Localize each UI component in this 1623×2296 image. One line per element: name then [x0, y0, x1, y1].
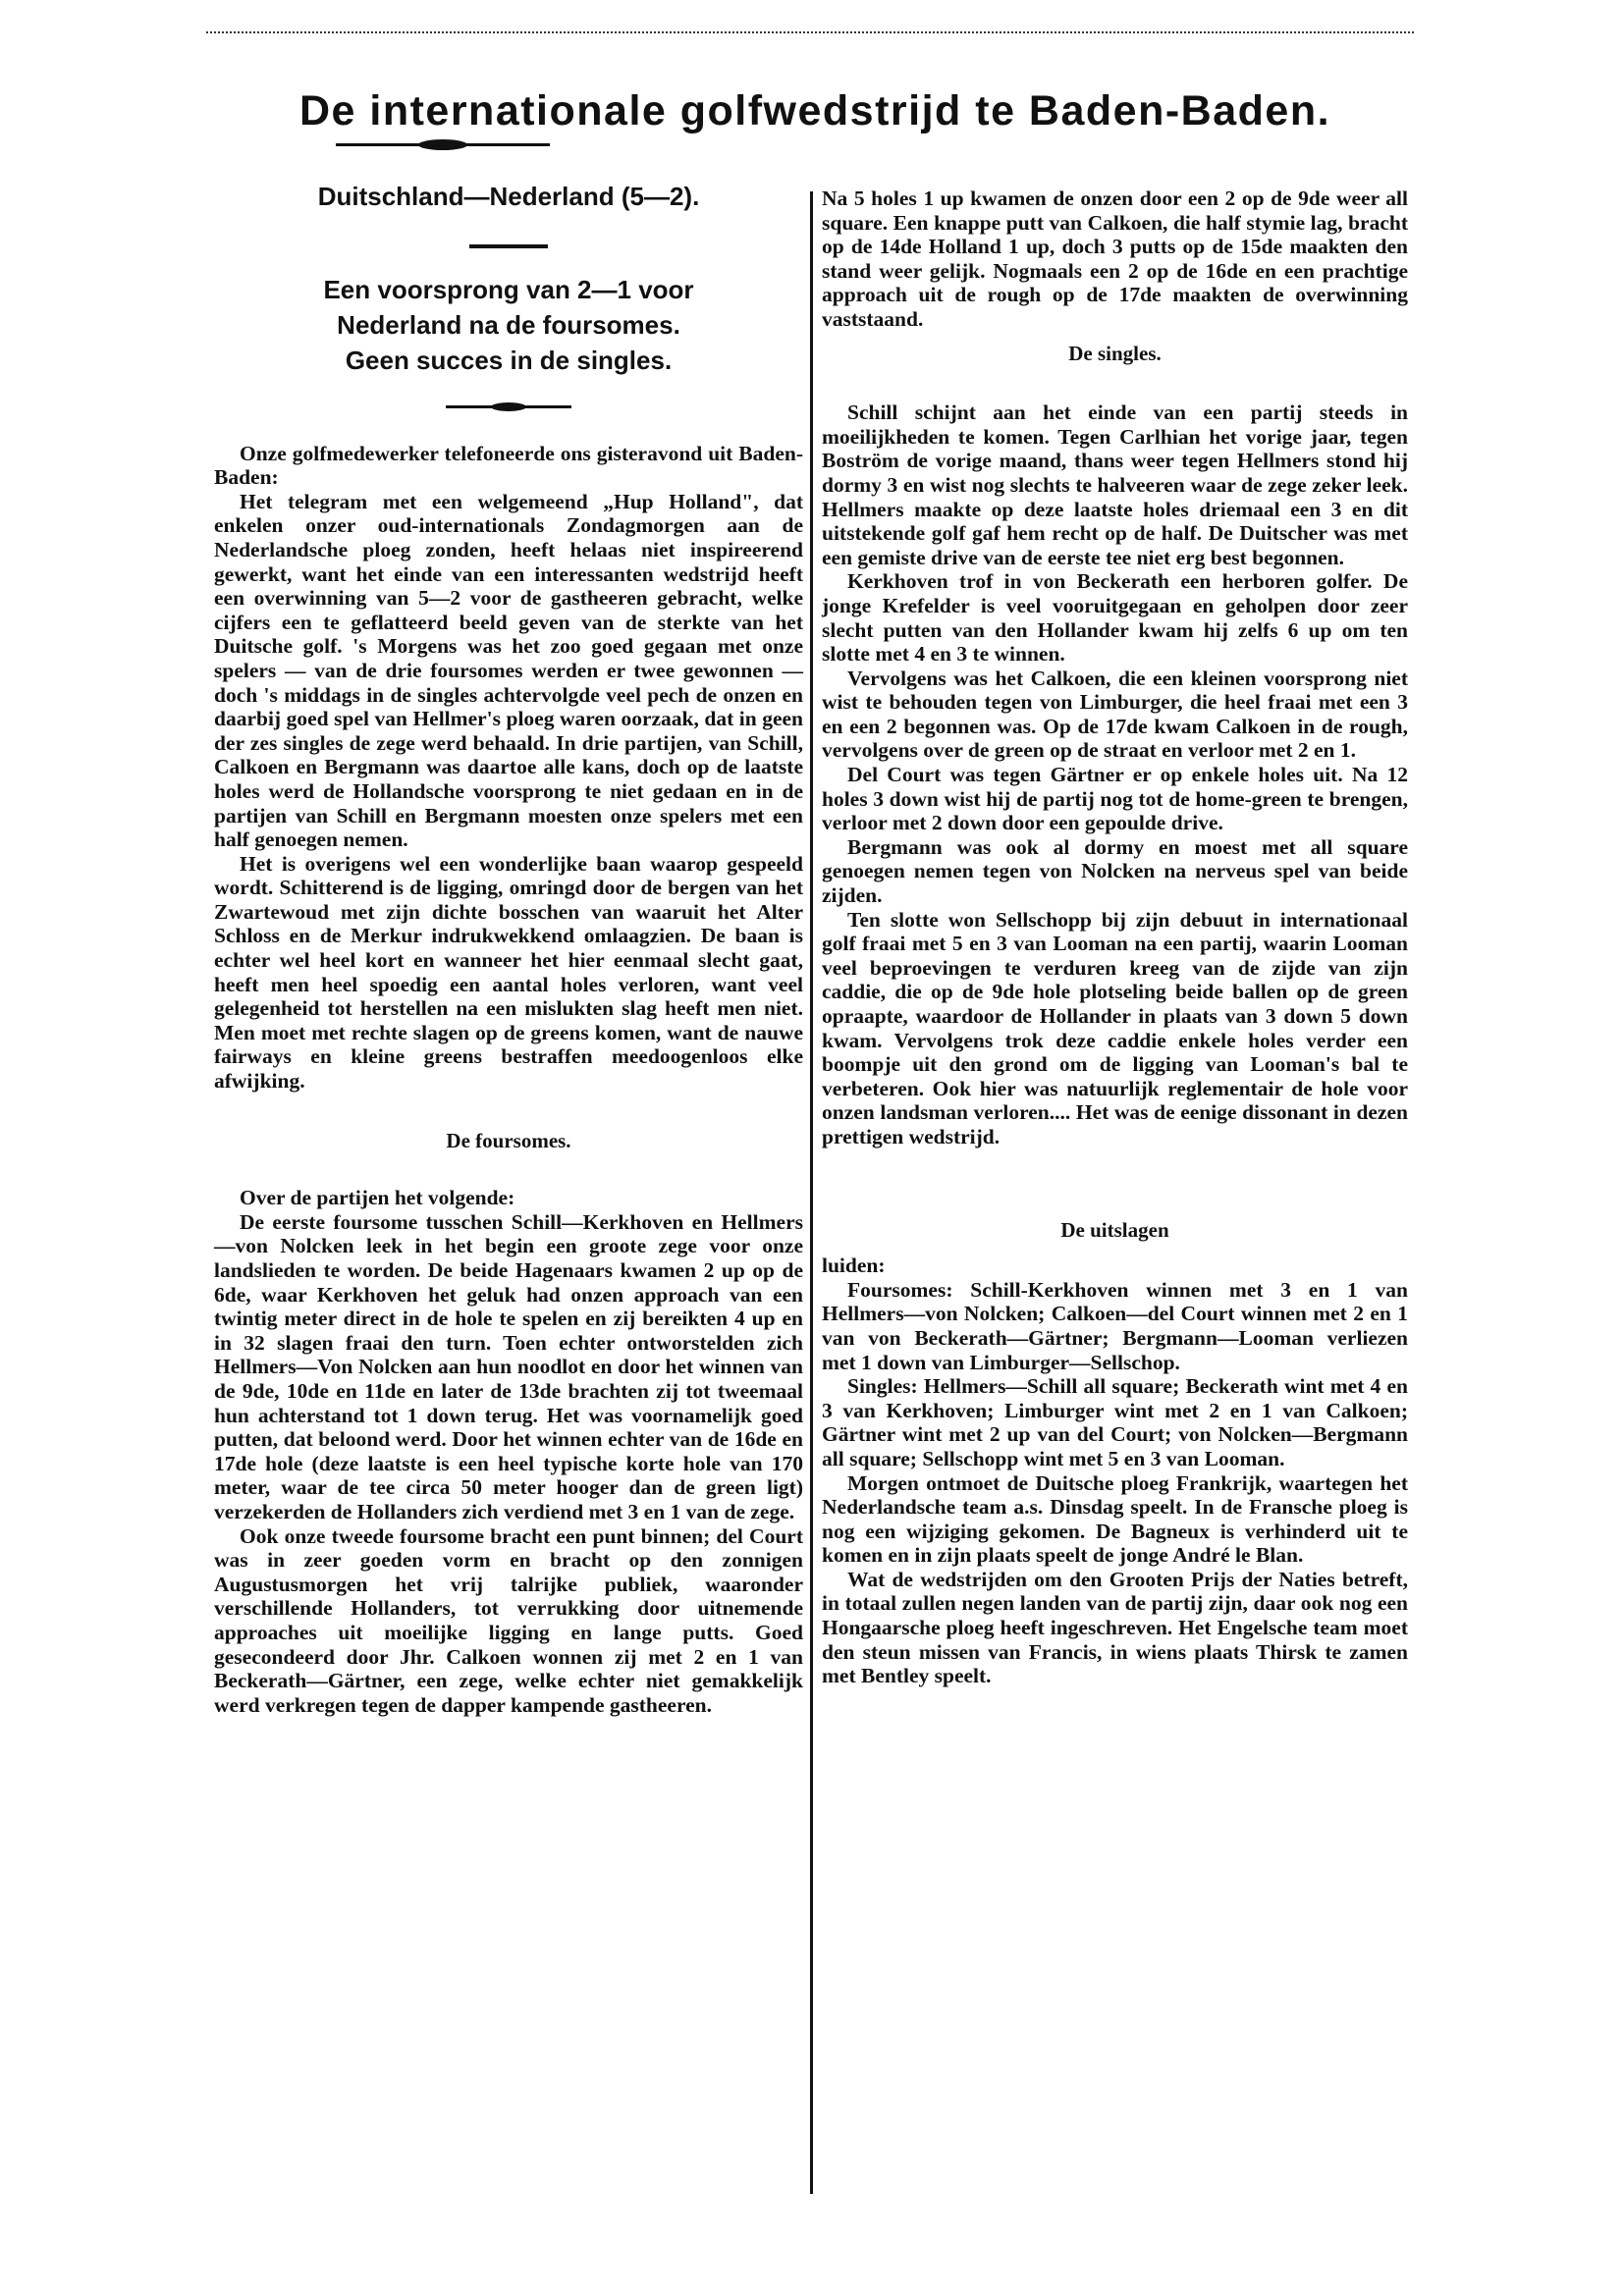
deck-ornament-rule — [446, 405, 571, 408]
headline-ornament-rule — [336, 143, 550, 146]
body-paragraph: Na 5 holes 1 up kwamen de onzen door een… — [822, 187, 1408, 332]
body-paragraph: Ook onze tweede foursome bracht een punt… — [214, 1524, 803, 1718]
deck-line: Geen succes in de singles. — [214, 343, 803, 378]
body-paragraph: Wat de wedstrijden om den Grooten Prijs … — [822, 1568, 1408, 1688]
column-divider — [810, 191, 813, 2194]
top-dotted-rule — [206, 31, 1414, 33]
match-subtitle: Duitschland—Nederland (5—2). — [214, 185, 803, 209]
section-heading-foursomes: De foursomes. — [214, 1129, 803, 1153]
headline: De internationale golfwedstrijd te Baden… — [196, 87, 1434, 135]
results-foursomes: Foursomes: Schill-Kerkhoven winnen met 3… — [822, 1278, 1408, 1374]
body-paragraph: Het is overigens wel een wonderlijke baa… — [214, 852, 803, 1094]
body-paragraph: Del Court was tegen Gärtner er op enkele… — [822, 763, 1408, 835]
body-paragraph: Morgen ontmoet de Duitsche ploeg Frankri… — [822, 1471, 1408, 1568]
body-paragraph: luiden: — [822, 1254, 1408, 1278]
body-paragraph: Kerkhoven trof in von Beckerath een herb… — [822, 569, 1408, 666]
deck-line: Een voorsprong van 2—1 voor — [214, 272, 803, 307]
section-heading-singles: De singles. — [822, 342, 1408, 366]
left-column: Duitschland—Nederland (5—2). Een voorspr… — [214, 177, 803, 1717]
deck-line: Nederland na de foursomes. — [214, 307, 803, 343]
body-paragraph: De eerste foursome tusschen Schill—Kerkh… — [214, 1210, 803, 1524]
body-paragraph: Vervolgens was het Calkoen, die een klei… — [822, 667, 1408, 763]
body-paragraph: Ten slotte won Sellschopp bij zijn debuu… — [822, 908, 1408, 1149]
section-heading-results: De uitslagen — [822, 1218, 1408, 1243]
body-paragraph: Het telegram met een welgemeend „Hup Hol… — [214, 490, 803, 852]
short-rule — [469, 244, 548, 248]
intro-paragraph: Onze golfmedewerker telefoneerde ons gis… — [214, 442, 803, 490]
right-column: Na 5 holes 1 up kwamen de onzen door een… — [822, 187, 1408, 1688]
deck: Een voorsprong van 2—1 voor Nederland na… — [214, 272, 803, 378]
body-paragraph: Over de partijen het volgende: — [214, 1186, 803, 1210]
body-paragraph: Schill schijnt aan het einde van een par… — [822, 400, 1408, 569]
body-paragraph: Bergmann was ook al dormy en moest met a… — [822, 835, 1408, 908]
results-singles: Singles: Hellmers—Schill all square; Bec… — [822, 1374, 1408, 1470]
